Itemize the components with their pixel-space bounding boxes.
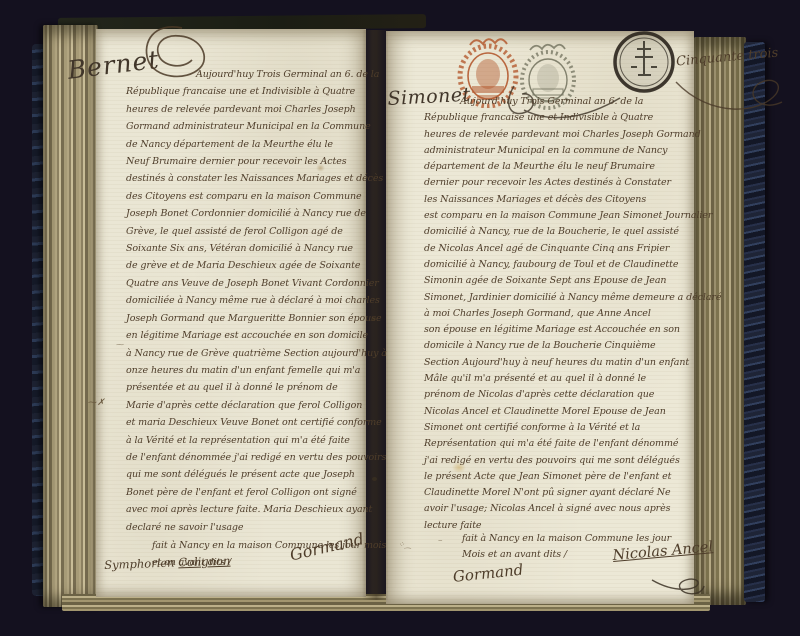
manuscript-line: de grève et de Maria Deschieux agée de S…	[126, 257, 366, 274]
manuscript-line: à Nancy rue de Grève quatrième Section a…	[126, 345, 366, 362]
manuscript-line: est comparu en la maison Commune Jean Si…	[424, 208, 696, 224]
signature-colignon-last: Colignon	[178, 554, 231, 570]
manuscript-line: Aujourd'huy Trois Germinal an 6. de la	[424, 94, 696, 110]
manuscript-line: de l'enfant dénommée j'ai redigé en vert…	[126, 449, 366, 466]
manuscript-line: Aujourd'huy Trois Germinal an 6. de la	[126, 66, 366, 83]
manuscript-line: heures de relevée pardevant moi Charles …	[126, 101, 366, 118]
manuscript-line: domicile à Nancy rue de la Boucherie Cin…	[424, 338, 696, 354]
manuscript-line: domiciliée à Nancy même rue à déclaré à …	[126, 292, 366, 309]
manuscript-line: Simonet ont certifié conforme à la Vérit…	[424, 420, 696, 436]
manuscript-line: Simonet, Jardinier domicilié à Nancy mêm…	[424, 290, 696, 306]
manuscript-line: des Citoyens est comparu en la maison Co…	[126, 188, 366, 205]
manuscript-line: les Naissances Mariages et décès des Cit…	[424, 192, 696, 208]
manuscript-line: onze heures du matin d'un enfant femelle…	[126, 362, 366, 379]
manuscript-line: présentée et au quel il à donné le préno…	[126, 379, 366, 396]
manuscript-line: et maria Deschieux Veuve Bonet ont certi…	[126, 414, 366, 431]
manuscript-line: Nicolas Ancel et Claudinette Morel Epous…	[424, 404, 696, 420]
binding-stitch-dot	[372, 477, 377, 481]
manuscript-line: à moi Charles Joseph Gormand, que Anne A…	[424, 306, 696, 322]
manuscript-line: Joseph Bonet Cordonnier domicilié à Nanc…	[126, 205, 366, 222]
right-page-stack-edges	[694, 37, 746, 605]
manuscript-line: Bonet père de l'enfant et ferol Colligon…	[126, 484, 366, 501]
margin-ink-mark: –	[438, 536, 443, 546]
manuscript-line: declaré ne savoir l'usage	[126, 519, 366, 536]
manuscript-line: j'ai redigé en vertu des pouvoirs qui me…	[424, 453, 696, 469]
margin-ink-mark: ⁘⁔	[398, 540, 411, 549]
manuscript-line: dernier pour recevoir les Actes destinés…	[424, 175, 696, 191]
manuscript-line: République francaise une et Indivisible …	[126, 83, 366, 100]
manuscript-line: en légitime Mariage est accouchée en son…	[126, 327, 366, 344]
manuscript-line: Soixante Six ans, Vétéran domicilié à Na…	[126, 240, 366, 257]
manuscript-line: le présent Acte que Jean Simonet père de…	[424, 469, 696, 485]
manuscript-line: domicilié à Nancy, rue de la Boucherie, …	[424, 224, 696, 240]
manuscript-line: administrateur Municipal en la commune d…	[424, 143, 696, 159]
manuscript-line: République francaise une et Indivisible …	[424, 110, 696, 126]
photo-of-open-register-book: Bernet Aujourd'huy Trois Germinal an 6. …	[0, 0, 800, 636]
manuscript-line: Représentation qui m'a été faite de l'en…	[424, 436, 696, 452]
manuscript-line: prénom de Nicolas d'après cette déclarat…	[424, 387, 696, 403]
manuscript-line: de Nancy département de la Meurthe élu l…	[126, 136, 366, 153]
manuscript-line: département de la Meurthe élu le neuf Br…	[424, 159, 696, 175]
manuscript-line: Gormand administrateur Municipal en la C…	[126, 118, 366, 135]
manuscript-line: Joseph Gormand que Margueritte Bonnier s…	[126, 310, 366, 327]
left-page-stack-edges	[43, 25, 98, 607]
margin-ink-mark: ⁓	[116, 340, 124, 349]
manuscript-line: destinés à constater les Naissances Mari…	[126, 170, 366, 187]
margin-ink-mark: ⁓✗	[88, 398, 105, 408]
manuscript-line: de Nicolas Ancel agé de Cinquante Cinq a…	[424, 241, 696, 257]
manuscript-line: Mâle qu'il m'a présenté et au quel il à …	[424, 371, 696, 387]
ancel-paraph-flourish	[646, 576, 708, 604]
right-page-act-text: Aujourd'huy Trois Germinal an 6. de laRé…	[424, 94, 696, 534]
manuscript-line: Neuf Brumaire dernier pour recevoir les …	[126, 153, 366, 170]
manuscript-line: qui me sont délégués le présent acte que…	[126, 466, 366, 483]
manuscript-line: son épouse en légitime Mariage est Accou…	[424, 322, 696, 338]
left-page-act-text: Aujourd'huy Trois Germinal an 6. de laRé…	[126, 66, 366, 536]
manuscript-line: à la Vérité et la représentation qui m'a…	[126, 432, 366, 449]
manuscript-line: avoir l'usage; Nicolas Ancel à signé ave…	[424, 501, 696, 517]
manuscript-line: avec moi après lecture faite. Maria Desc…	[126, 501, 366, 518]
manuscript-line: Quatre ans Veuve de Joseph Bonet Vivant …	[126, 275, 366, 292]
book-right-cover-edge	[744, 42, 765, 602]
signature-colignon-first: Symphorien	[104, 556, 175, 572]
manuscript-line: domicilié à Nancy, faubourg de Toul et d…	[424, 257, 696, 273]
manuscript-line: Marie d'après cette déclaration que fero…	[126, 397, 366, 414]
manuscript-line: heures de relevée pardevant moi Charles …	[424, 127, 696, 143]
manuscript-line: Grève, le quel assisté de ferol Colligon…	[126, 223, 366, 240]
manuscript-line: Section Aujourd'huy à neuf heures du mat…	[424, 355, 696, 371]
manuscript-line: Simonin agée de Soixante Sept ans Epouse…	[424, 273, 696, 289]
manuscript-line: Claudinette Morel N'ont pû signer ayant …	[424, 485, 696, 501]
